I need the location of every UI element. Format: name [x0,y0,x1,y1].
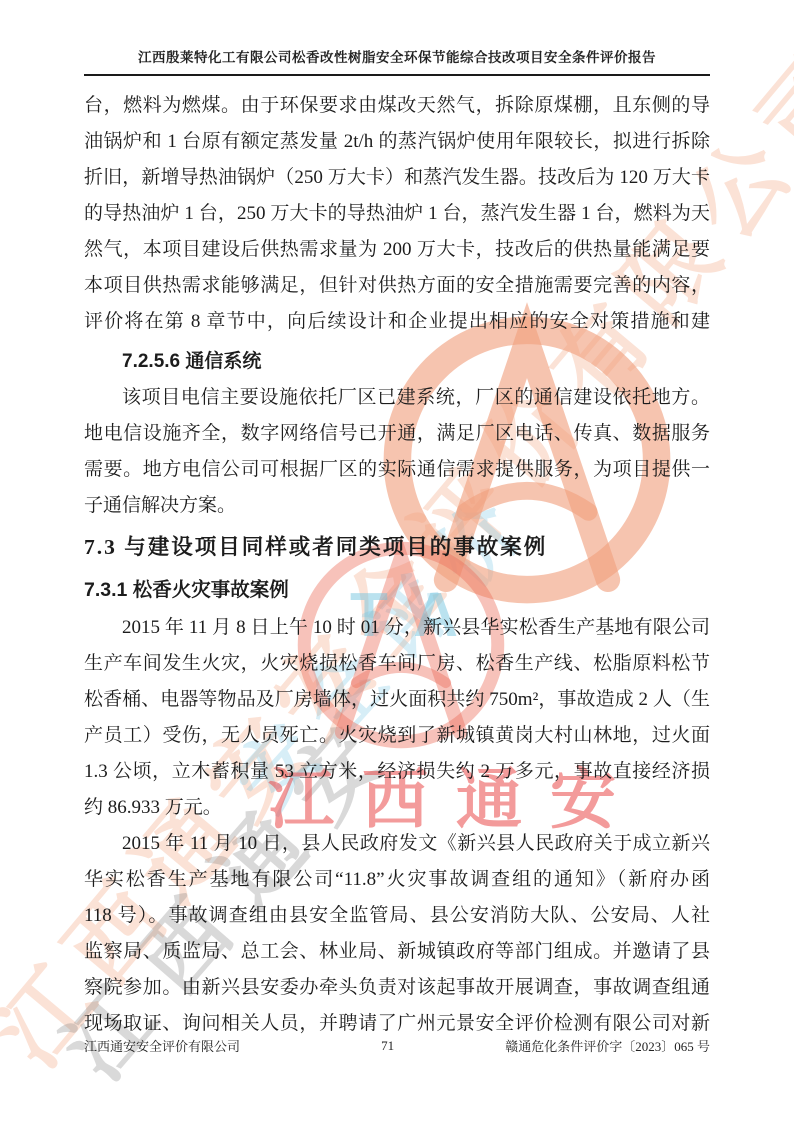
report-page: 江西通安安全评价有限公司 江西通安 安全评价 TA 江西通安 江西殷莱特化工有限… [0,0,794,1123]
paragraph-line: 监察局、质监局、总工会、林业局、新城镇政府等部门组成。并邀请了县检 [84,934,710,970]
paragraph-line: 2015 年 11 月 8 日上午 10 时 01 分，新兴县华实松香生产基地有… [84,610,710,646]
page-footer: 江西通安安全评价有限公司 71 赣通危化条件评价字〔2023〕065 号 [84,1036,710,1055]
footer-doc-number: 赣通危化条件评价字〔2023〕065 号 [505,1036,710,1055]
paragraph-line: 的导热油炉 1 台，250 万大卡的导热油炉 1 台，蒸汽发生器 1 台，燃料为… [84,196,710,232]
paragraph-line: 松香桶、电器等物品及厂房墙体，过火面积共约 750m²，事故造成 2 人（生 [84,682,710,718]
paragraph-line: 1.3 公顷，立木蓄积量 53 立方米，经济损失约 2 万多元，事故直接经济损失 [84,754,710,790]
paragraph-line: 台，燃料为燃煤。由于环保要求由煤改天然气，拆除原煤棚，且东侧的导热 [84,88,710,124]
paragraph-line: 2015 年 11 月 10 日，县人民政府发文《新兴县人民政府关于成立新兴县 [84,826,710,862]
header-rule [84,74,710,76]
paragraph-line: 产员工）受伤，无人员死亡。火灾烧到了新城镇黄岗大村山林地，过火面积 [84,718,710,754]
paragraph-line: 118 号）。事故调查组由县安全监管局、县公安消防大队、公安局、人社局、 [84,898,710,934]
document-body: 台，燃料为燃煤。由于环保要求由煤改天然气，拆除原煤棚，且东侧的导热 油锅炉和 1… [84,88,710,1042]
paragraph-line: 生产车间发生火灾，火灾烧损松香车间厂房、松香生产线、松脂原料松节油、 [84,646,710,682]
paragraph-line: 地电信设施齐全，数字网络信号已开通，满足厂区电话、传真、数据服务的 [84,416,710,452]
paragraph-line: 该项目电信主要设施依托厂区已建系统，厂区的通信建设依托地方。当 [84,380,710,416]
section-heading-7-3: 7.3 与建设项目同样或者同类项目的事故案例 [84,524,710,570]
paragraph-line: 华实松香生产基地有限公司“11.8”火灾事故调查组的通知》（新府办函〔2015 [84,862,710,898]
footer-page-number: 71 [240,1038,505,1054]
paragraph-line: 然气，本项目建设后供热需求量为 200 万大卡，技改后的供热量能满足要求。 [84,232,710,268]
paragraph-line: 约 86.933 万元。 [84,790,710,826]
paragraph-line: 本项目供热需求能够满足，但针对供热方面的安全措施需要完善的内容，本 [84,268,710,304]
section-heading-7-3-1: 7.3.1 松香火灾事故案例 [84,570,710,610]
paragraph-line: 需要。地方电信公司可根据厂区的实际通信需求提供服务，为项目提供一揽 [84,452,710,488]
paragraph-line: 评价将在第 8 章节中，向后续设计和企业提出相应的安全对策措施和建议。 [84,304,710,340]
paragraph-line: 折旧，新增导热油锅炉（250 万大卡）和蒸汽发生器。技改后为 120 万大卡 [84,160,710,196]
paragraph-line: 油锅炉和 1 台原有额定蒸发量 2t/h 的蒸汽锅炉使用年限较长，拟进行拆除 [84,124,710,160]
paragraph-line: 子通信解决方案。 [84,488,710,524]
paragraph-line: 察院参加。由新兴县安委办牵头负责对该起事故开展调查，事故调查组通过 [84,970,710,1006]
footer-company-name: 江西通安安全评价有限公司 [84,1036,240,1055]
page-header-title: 江西殷莱特化工有限公司松香改性树脂安全环保节能综合技改项目安全条件评价报告 [84,46,710,66]
page-content: 江西殷莱特化工有限公司松香改性树脂安全环保节能综合技改项目安全条件评价报告 台，… [0,0,794,1123]
section-heading-7-2-5-6: 7.2.5.6 通信系统 [122,344,710,380]
